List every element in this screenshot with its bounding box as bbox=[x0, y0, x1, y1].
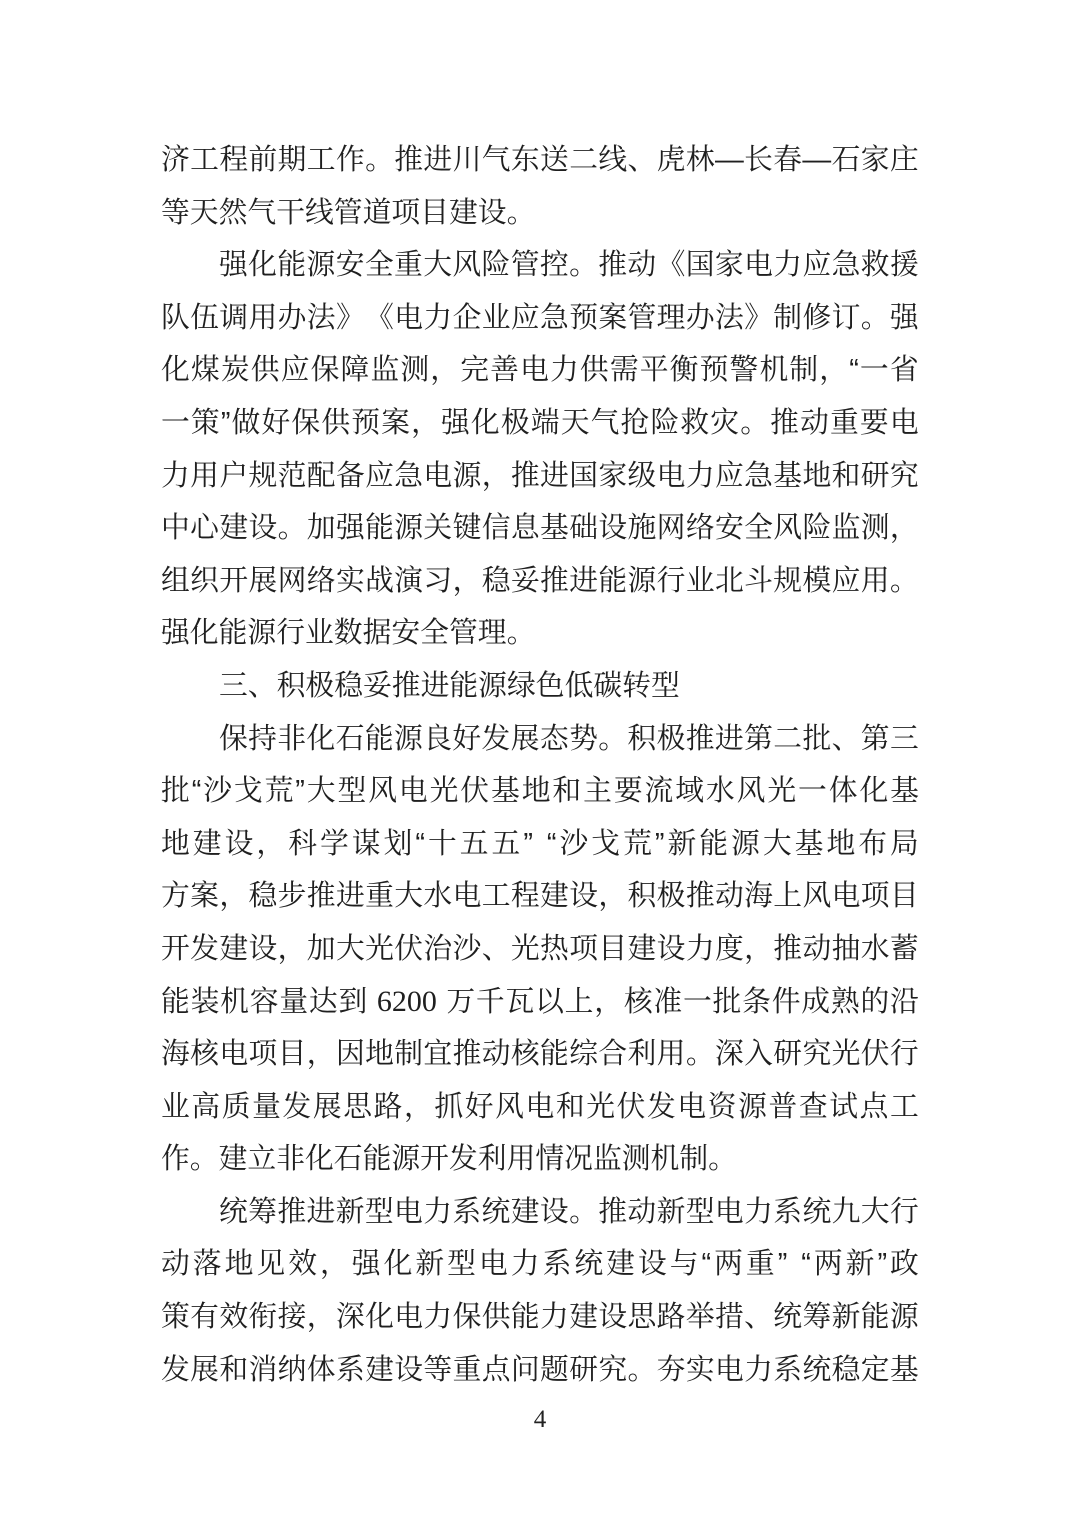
char: 地 bbox=[826, 818, 855, 871]
char: 统 bbox=[802, 1344, 831, 1397]
char: 推 bbox=[307, 870, 336, 923]
char: 发 bbox=[482, 713, 511, 766]
char: 力 bbox=[511, 1238, 540, 1291]
char: 织 bbox=[190, 555, 219, 608]
char: 风 bbox=[737, 765, 766, 818]
char: ” bbox=[655, 818, 665, 871]
char: — bbox=[715, 134, 744, 187]
char: 妥 bbox=[511, 555, 540, 608]
char: 端 bbox=[531, 397, 560, 450]
char: 电 bbox=[479, 1238, 508, 1291]
char: 抢 bbox=[621, 397, 650, 450]
char: 目 bbox=[598, 923, 627, 976]
char: 极 bbox=[657, 870, 686, 923]
char: 急 bbox=[832, 239, 861, 292]
char: 万 bbox=[446, 976, 475, 1029]
char: 业 bbox=[482, 292, 511, 345]
char: 入 bbox=[744, 1028, 773, 1081]
char: 力 bbox=[744, 1186, 773, 1239]
char: 灾 bbox=[710, 397, 739, 450]
char: 6200 bbox=[377, 976, 437, 1029]
char: 电 bbox=[890, 397, 919, 450]
char: 光 bbox=[767, 765, 796, 818]
char: 电 bbox=[715, 1344, 744, 1397]
char: 热 bbox=[540, 923, 569, 976]
char: 地 bbox=[522, 765, 551, 818]
char: 基 bbox=[773, 450, 802, 503]
char: 、 bbox=[832, 713, 861, 766]
char: 地 bbox=[225, 1238, 254, 1291]
char: 和 bbox=[219, 1344, 248, 1397]
char: 第 bbox=[744, 713, 773, 766]
char: 保 bbox=[219, 713, 248, 766]
char: 件 bbox=[772, 976, 801, 1029]
char: 石 bbox=[336, 713, 365, 766]
char: 流 bbox=[645, 765, 674, 818]
char: ， bbox=[219, 870, 248, 923]
char: 沙 bbox=[203, 765, 232, 818]
char: 量 bbox=[252, 1081, 281, 1134]
text-line: 策有效衔接，深化电力保供能力建设思路举措、统筹新能源 bbox=[161, 1291, 919, 1344]
char: 能 bbox=[365, 502, 394, 555]
char: 力 bbox=[423, 1186, 452, 1239]
text-block: 济工程前期工作。推进川气东送二线、虎林—长春—石家庄等天然气干线管道项目建设。强… bbox=[161, 134, 919, 1396]
char: 电 bbox=[832, 870, 861, 923]
char: 重 bbox=[394, 239, 423, 292]
char: 电 bbox=[423, 450, 452, 503]
char: 基 bbox=[795, 818, 824, 871]
char: 平 bbox=[640, 344, 669, 397]
char: 备 bbox=[336, 450, 365, 503]
char: 开 bbox=[161, 923, 190, 976]
char: 急 bbox=[394, 450, 423, 503]
text-line: 批“沙戈荒”大型风电光伏基地和主要流域水风光一体化基 bbox=[161, 765, 919, 818]
char: 监 bbox=[370, 344, 399, 397]
char: 统 bbox=[482, 1186, 511, 1239]
char: ， bbox=[430, 344, 459, 397]
char: 上 bbox=[565, 976, 594, 1029]
char: 推 bbox=[540, 555, 569, 608]
text-line: 海核电项目，因地制宜推动核能综合利用。深入研究光伏行 bbox=[161, 1028, 919, 1081]
char: 加 bbox=[307, 502, 336, 555]
char: 五 bbox=[460, 818, 489, 871]
char: 供 bbox=[580, 344, 609, 397]
char: 二 bbox=[773, 713, 802, 766]
char: 十 bbox=[428, 818, 457, 871]
char: 到 bbox=[338, 976, 367, 1029]
char: 动 bbox=[627, 239, 656, 292]
char: 测 bbox=[400, 344, 429, 397]
char: 深 bbox=[336, 1291, 365, 1344]
char: 极 bbox=[657, 713, 686, 766]
char: 科 bbox=[288, 818, 317, 871]
char: 的 bbox=[860, 976, 889, 1029]
char: 用 bbox=[190, 450, 219, 503]
char: 设 bbox=[598, 1291, 627, 1344]
char: 戈 bbox=[234, 765, 263, 818]
char: 五 bbox=[492, 818, 521, 871]
char: ， bbox=[482, 450, 511, 503]
char: 核 bbox=[624, 976, 653, 1029]
char: 发 bbox=[647, 1081, 676, 1134]
char: 稳 bbox=[482, 555, 511, 608]
char: 能 bbox=[540, 1028, 569, 1081]
char: 订 bbox=[832, 292, 861, 345]
document-page: 济工程前期工作。推进川气东送二线、虎林—长春—石家庄等天然气干线管道项目建设。强… bbox=[0, 0, 1080, 1527]
char: 地 bbox=[365, 1028, 394, 1081]
char: 工 bbox=[482, 870, 511, 923]
text-line: 强化能源安全重大风险管控。推动《国家电力应急救援 bbox=[161, 239, 919, 292]
char: 有 bbox=[190, 1291, 219, 1344]
char: 、 bbox=[628, 134, 657, 187]
char: 化 bbox=[365, 1291, 394, 1344]
char: “ bbox=[849, 344, 859, 397]
char: 光 bbox=[365, 923, 394, 976]
char: 二 bbox=[569, 134, 598, 187]
char: 网 bbox=[278, 555, 307, 608]
char: 化 bbox=[248, 239, 277, 292]
char: 上 bbox=[773, 870, 802, 923]
text-line: 济工程前期工作。推进川气东送二线、虎林—长春—石家庄 bbox=[161, 134, 919, 187]
char: ， bbox=[890, 502, 919, 555]
char: 源 bbox=[394, 713, 423, 766]
char: 见 bbox=[256, 1238, 285, 1291]
char: 线 bbox=[598, 134, 627, 187]
char: 东 bbox=[511, 134, 540, 187]
char: 进 bbox=[569, 555, 598, 608]
char: 调 bbox=[219, 292, 248, 345]
char: ， bbox=[744, 923, 773, 976]
char: 普 bbox=[769, 1081, 798, 1134]
char: “ bbox=[702, 1238, 712, 1291]
char: ， bbox=[404, 1081, 433, 1134]
char: 业 bbox=[161, 1081, 190, 1134]
char: 域 bbox=[675, 765, 704, 818]
char: 治 bbox=[423, 923, 452, 976]
char: 用 bbox=[248, 292, 277, 345]
char: 伏 bbox=[394, 923, 423, 976]
text-line: 能装机容量达到6200万千瓦以上，核准一批条件成熟的沿 bbox=[161, 976, 919, 1029]
char: 战 bbox=[365, 555, 394, 608]
char: 统 bbox=[773, 1291, 802, 1344]
char: 能 bbox=[511, 1291, 540, 1344]
char: 条 bbox=[742, 976, 771, 1029]
char: 力 bbox=[686, 923, 715, 976]
char: 完 bbox=[460, 344, 489, 397]
char: 千 bbox=[476, 976, 505, 1029]
char: 策 bbox=[191, 397, 220, 450]
char: 思 bbox=[628, 1291, 657, 1344]
char: 批 bbox=[802, 713, 831, 766]
char: 伏 bbox=[617, 1081, 646, 1134]
char: 目 bbox=[278, 1028, 307, 1081]
char: 援 bbox=[890, 239, 919, 292]
char: 学 bbox=[320, 818, 349, 871]
char: 系 bbox=[452, 1186, 481, 1239]
char: 长 bbox=[744, 134, 773, 187]
char: 急 bbox=[744, 450, 773, 503]
char: ， bbox=[307, 1028, 336, 1081]
char: 效 bbox=[219, 1291, 248, 1344]
char: 斗 bbox=[744, 555, 773, 608]
char: 主 bbox=[583, 765, 612, 818]
char: 工 bbox=[890, 1081, 919, 1134]
char: 好 bbox=[261, 397, 290, 450]
char: 能 bbox=[699, 818, 728, 871]
char: 源 bbox=[738, 1081, 767, 1134]
char: 消 bbox=[248, 1344, 277, 1397]
char: 石 bbox=[832, 134, 861, 187]
char: 谋 bbox=[352, 818, 381, 871]
char: 筹 bbox=[248, 1186, 277, 1239]
char: 国 bbox=[569, 450, 598, 503]
char: 以 bbox=[535, 976, 564, 1029]
char: 建 bbox=[193, 818, 222, 871]
char: 动 bbox=[161, 1238, 190, 1291]
char: 电 bbox=[744, 239, 773, 292]
char: 庄 bbox=[890, 134, 919, 187]
char: 政 bbox=[890, 1238, 919, 1291]
char: 送 bbox=[540, 134, 569, 187]
char: 举 bbox=[686, 1291, 715, 1344]
char: ， bbox=[453, 555, 482, 608]
char: 大 bbox=[763, 818, 792, 871]
char: 沙 bbox=[559, 818, 588, 871]
char: 推 bbox=[598, 1186, 627, 1239]
char: 进 bbox=[715, 713, 744, 766]
char: 好 bbox=[465, 1081, 494, 1134]
char: 伏 bbox=[460, 765, 489, 818]
char: 建 bbox=[365, 1344, 394, 1397]
text-line: 地建设，科学谋划“十五五”“沙戈荒”新能源大基地布局 bbox=[161, 818, 919, 871]
char: 路 bbox=[374, 1081, 403, 1134]
char: 预 bbox=[700, 344, 729, 397]
char: 三 bbox=[890, 713, 919, 766]
char: 强 bbox=[352, 1238, 381, 1291]
char: 建 bbox=[511, 1186, 540, 1239]
char: 应 bbox=[802, 239, 831, 292]
char: “ bbox=[547, 818, 557, 871]
char: 电 bbox=[394, 1291, 423, 1344]
char: ” bbox=[778, 1238, 788, 1291]
char: 发 bbox=[283, 1081, 312, 1134]
char: 基 bbox=[540, 502, 569, 555]
char: 监 bbox=[832, 502, 861, 555]
char: ” bbox=[295, 765, 305, 818]
char: 荒 bbox=[623, 818, 652, 871]
char: 新 bbox=[336, 1186, 365, 1239]
char: 达 bbox=[309, 976, 338, 1029]
char: 质 bbox=[222, 1081, 251, 1134]
char: 林 bbox=[686, 134, 715, 187]
char: 预 bbox=[569, 292, 598, 345]
char: 理 bbox=[657, 292, 686, 345]
char: 气 bbox=[482, 134, 511, 187]
char: 源 bbox=[628, 555, 657, 608]
char: 行 bbox=[890, 1186, 919, 1239]
char: 险 bbox=[482, 239, 511, 292]
char: 。 bbox=[890, 555, 919, 608]
char: 一 bbox=[860, 344, 889, 397]
char: 抽 bbox=[832, 923, 861, 976]
char: 设 bbox=[569, 870, 598, 923]
char: 型 bbox=[337, 765, 366, 818]
char: 稳 bbox=[832, 1344, 861, 1397]
char: 春 bbox=[773, 134, 802, 187]
char: 步 bbox=[278, 870, 307, 923]
char: 机 bbox=[759, 344, 788, 397]
char: 企 bbox=[453, 292, 482, 345]
char: 非 bbox=[277, 713, 306, 766]
text-line: 化煤炭供应保障监测，完善电力供需平衡预警机制，“一省 bbox=[161, 344, 919, 397]
char: 策 bbox=[161, 1291, 190, 1344]
char: “ bbox=[415, 818, 425, 871]
char: 一 bbox=[683, 976, 712, 1029]
char: 伍 bbox=[190, 292, 219, 345]
char: 力 bbox=[161, 450, 190, 503]
char: 》 bbox=[744, 292, 773, 345]
char: 极 bbox=[501, 397, 530, 450]
char: 信 bbox=[482, 502, 511, 555]
char: 推 bbox=[686, 713, 715, 766]
char: 综 bbox=[569, 1028, 598, 1081]
char: 积 bbox=[627, 713, 656, 766]
char: 定 bbox=[861, 1344, 890, 1397]
char: 与 bbox=[670, 1238, 699, 1291]
text-line: 发展和消纳体系建设等重点问题研究。夯实电力系统稳定基 bbox=[161, 1344, 919, 1397]
char: 高 bbox=[191, 1081, 220, 1134]
char: 抓 bbox=[434, 1081, 463, 1134]
char: 家 bbox=[861, 134, 890, 187]
text-line: 开发建设，加大光伏治沙、光热项目建设力度，推动抽水蓄 bbox=[161, 923, 919, 976]
char: 中 bbox=[161, 502, 190, 555]
char: 究 bbox=[802, 1028, 831, 1081]
char: 项 bbox=[248, 1028, 277, 1081]
char: ， bbox=[819, 344, 848, 397]
char: 第 bbox=[861, 713, 890, 766]
char: 制 bbox=[394, 1028, 423, 1081]
char: 进 bbox=[307, 1186, 336, 1239]
char: 九 bbox=[832, 1186, 861, 1239]
char: 修 bbox=[802, 292, 831, 345]
char: ” bbox=[523, 818, 533, 871]
char: 力 bbox=[744, 1344, 773, 1397]
char: 大 bbox=[423, 239, 452, 292]
char: 化 bbox=[307, 713, 336, 766]
char: 、 bbox=[744, 1291, 773, 1344]
char: 推 bbox=[394, 134, 423, 187]
char: 需 bbox=[610, 344, 639, 397]
char: 筹 bbox=[802, 1291, 831, 1344]
char: 宜 bbox=[423, 1028, 452, 1081]
char: 设 bbox=[540, 1186, 569, 1239]
char: 。 bbox=[278, 502, 307, 555]
char: 全 bbox=[365, 239, 394, 292]
char: 案 bbox=[381, 397, 410, 450]
char: ， bbox=[594, 976, 623, 1029]
char: 深 bbox=[715, 1028, 744, 1081]
char: 进 bbox=[336, 870, 365, 923]
char: 地 bbox=[802, 450, 831, 503]
char: 救 bbox=[861, 239, 890, 292]
char: 电 bbox=[715, 1186, 744, 1239]
char: 强 bbox=[219, 239, 248, 292]
char: 展 bbox=[248, 555, 277, 608]
char: 程 bbox=[511, 870, 540, 923]
char: 省 bbox=[890, 344, 919, 397]
char: 局 bbox=[890, 818, 919, 871]
char: 海 bbox=[161, 1028, 190, 1081]
char: 作 bbox=[336, 134, 365, 187]
char: 势 bbox=[569, 713, 598, 766]
char: 风 bbox=[802, 870, 831, 923]
char: 水 bbox=[861, 923, 890, 976]
char: 。 bbox=[686, 1028, 715, 1081]
char: 推 bbox=[511, 450, 540, 503]
char: 级 bbox=[628, 450, 657, 503]
char: 衡 bbox=[670, 344, 699, 397]
char: 设 bbox=[248, 923, 277, 976]
char: 设 bbox=[657, 923, 686, 976]
char: 量 bbox=[279, 976, 308, 1029]
char: 和 bbox=[832, 450, 861, 503]
char: 风 bbox=[452, 239, 481, 292]
char: 伏 bbox=[861, 1028, 890, 1081]
char: 行 bbox=[890, 1028, 919, 1081]
char: 。 bbox=[365, 134, 394, 187]
char: 工 bbox=[190, 134, 219, 187]
char: 进 bbox=[423, 134, 452, 187]
char: 熟 bbox=[831, 976, 860, 1029]
char: 程 bbox=[219, 134, 248, 187]
char: 。 bbox=[861, 292, 890, 345]
char: 险 bbox=[650, 397, 679, 450]
char: 瓦 bbox=[506, 976, 535, 1029]
char: 源 bbox=[453, 450, 482, 503]
char: 组 bbox=[161, 555, 190, 608]
char: 动 bbox=[802, 923, 831, 976]
char: 查 bbox=[799, 1081, 828, 1134]
char: 究 bbox=[890, 450, 919, 503]
char: 用 bbox=[861, 555, 890, 608]
char: 应 bbox=[281, 344, 310, 397]
char: 应 bbox=[365, 450, 394, 503]
char: 范 bbox=[278, 450, 307, 503]
char: 力 bbox=[423, 292, 452, 345]
char: 川 bbox=[453, 134, 482, 187]
char: 大 bbox=[861, 1186, 890, 1239]
char: 济 bbox=[161, 134, 190, 187]
char: 一 bbox=[161, 397, 190, 450]
char: 和 bbox=[556, 1081, 585, 1134]
char: 。 bbox=[628, 1344, 657, 1397]
char: 究 bbox=[598, 1344, 627, 1397]
char: 好 bbox=[452, 713, 481, 766]
char: 纳 bbox=[278, 1344, 307, 1397]
char: 电 bbox=[219, 1028, 248, 1081]
char: 体 bbox=[307, 1344, 336, 1397]
char: 行 bbox=[657, 555, 686, 608]
char: 推 bbox=[277, 1186, 306, 1239]
char: 救 bbox=[680, 397, 709, 450]
char: 型 bbox=[686, 1186, 715, 1239]
char: 源 bbox=[307, 239, 336, 292]
char: 规 bbox=[773, 555, 802, 608]
char: 要 bbox=[860, 397, 889, 450]
char: ” bbox=[221, 397, 231, 450]
char: 风 bbox=[495, 1081, 524, 1134]
char: 动 bbox=[800, 397, 829, 450]
